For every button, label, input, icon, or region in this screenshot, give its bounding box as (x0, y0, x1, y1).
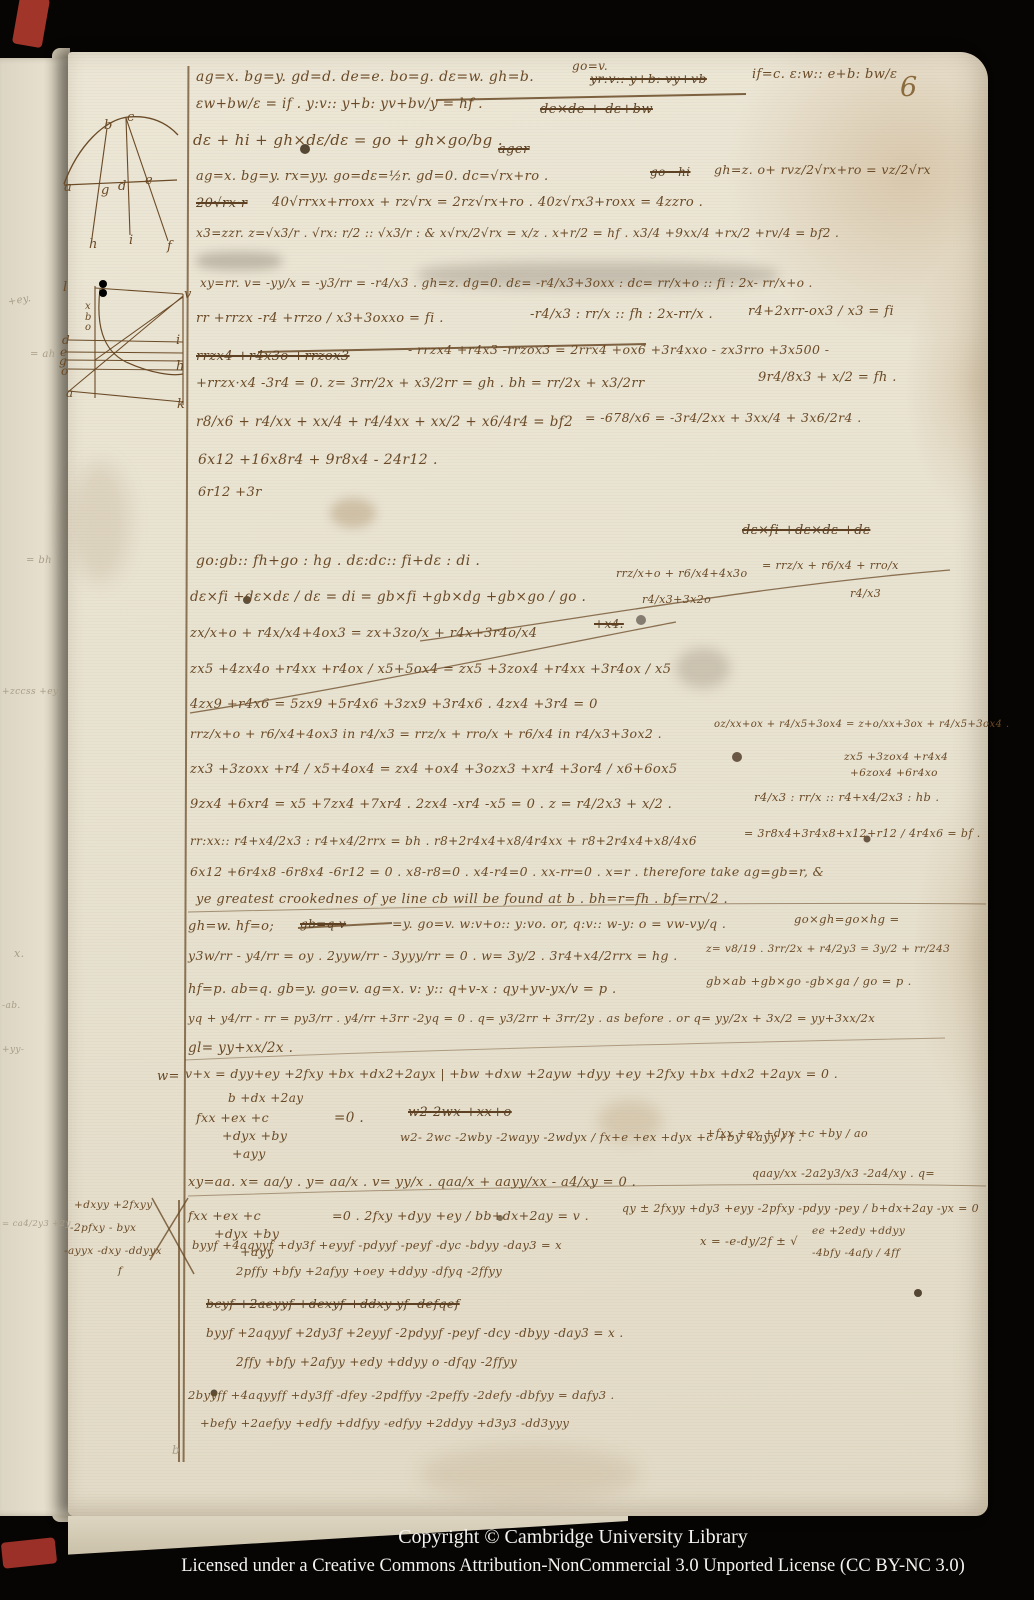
manuscript-line: -r4/x3 : rr/x :: fh : 2x-rr/x . (530, 308, 713, 321)
manuscript-line: 6x12 +16x8r4 + 9r8x4 - 24r12 . (198, 453, 438, 467)
manuscript-line: fxx +ex +c (196, 1112, 269, 1125)
manuscript-line: o (85, 323, 91, 333)
manuscript-line: i (176, 334, 180, 347)
manuscript-line: y3w/rr - y4/rr = oy . 2yyw/rr - 3yyy/rr … (188, 950, 678, 963)
manuscript-line: if=c. ε:w:: e+b: bw/ε (752, 68, 897, 81)
manuscript-line: =0 . (334, 1112, 364, 1126)
manuscript-line: xy=aa. x= aa/y . y= aa/x . v= yy/x . qaa… (188, 1176, 636, 1189)
manuscript-line: x. (14, 948, 25, 959)
manuscript-line: b (104, 119, 112, 132)
manuscript-line: -4bfy -4afy / 4ff (812, 1248, 900, 1259)
manuscript-line: go—hi (650, 166, 690, 178)
manuscript-line: yq + y4/rr - rr = py3/rr . y4/rr +3rr -2… (188, 1013, 875, 1025)
manuscript-line: dε + hi + gh×dε/dε = go + gh×go/bg . (193, 133, 503, 148)
manuscript-line: 9zx4 +6xr4 = x5 +7zx4 +7xr4 . 2zx4 -xr4 … (190, 798, 672, 811)
manuscript-line: go:gb:: fh+go : hg . dε:dc:: fi+dε : di … (196, 554, 480, 568)
manuscript-line: dε×fi +dε×dε / dε = di = gb×fi +gb×dg +g… (190, 591, 586, 605)
manuscript-line: de×de + dε+bw (540, 103, 653, 116)
manuscript-line: oz/xx+ox + r4/x5+3ox4 = z+o/xx+3ox + r4/… (714, 720, 1009, 730)
manuscript-line: =y. go=v. w:v+o:: y:vo. or, q:v:: w-y: o… (392, 918, 726, 931)
manuscript-line: -ab. (2, 1002, 21, 1011)
manuscript-line: h (89, 238, 97, 251)
manuscript-line: rr:xx:: r4+x4/2x3 : r4+x4/2rrx = bh . r8… (190, 835, 697, 847)
manuscript-line: gb×ab +gb×go -gb×ga / go = p . (706, 976, 912, 988)
copyright-caption: Copyright © Cambridge University Library (120, 1526, 1026, 1549)
manuscript-line: +fxx +ex +dyx +c +by / ao (706, 1128, 868, 1139)
license-caption: Licensed under a Creative Commons Attrib… (120, 1556, 1026, 1577)
manuscript-line: rrz/x+o + r6/x4+4x3o (616, 568, 747, 579)
manuscript-line: ag=x. bg=y. gd=d. de=e. bo=g. dε=w. gh=b… (196, 70, 534, 84)
manuscript-line: ye greatest crookednes of ye line cb wil… (196, 893, 728, 906)
manuscript-line: 40√rrxx+rroxx + rz√rx = 2rz√rx+ro . 40z√… (272, 196, 703, 209)
manuscript-line: a (66, 387, 73, 399)
manuscript-line: ee +2edy +ddyy (812, 1226, 905, 1237)
manuscript-line: εw+bw/ε = if . y:v:: y+b: yv+bv/y = hf . (196, 98, 483, 112)
manuscript-line: ager (498, 143, 530, 156)
manuscript-line: k (177, 398, 185, 411)
manuscript-line: r4/x3 : rr/x :: r4+x4/2x3 : hb . (754, 792, 939, 804)
manuscript-line: = bh (26, 556, 52, 566)
manuscript-line: qy ± 2fxyy +dy3 +eyy -2pfxy -pdyy -pey /… (622, 1203, 979, 1214)
manuscript-line: = rrz/x + r6/x4 + rro/x (762, 560, 899, 571)
manuscript-line: rrzx4 +r4x3o +rrzox3 (196, 350, 350, 363)
manuscript-line: dε×fi +dε×dε +dε (742, 524, 870, 537)
manuscript-line: z= v8/19 . 3rr/2x + r4/2y3 = 3y/2 + rr/2… (706, 944, 950, 955)
manuscript-line: fxx +ex +c (188, 1210, 261, 1223)
manuscript-line: o (61, 365, 68, 377)
manuscript-line: i (129, 234, 133, 247)
manuscript-line: zx5 +4zx4o +r4xx +r4ox / x5+5ox4 = zx5 +… (190, 663, 671, 676)
manuscript-line: gh=w. hf=o; (188, 920, 274, 933)
manuscript-line: c (127, 111, 134, 124)
manuscript-line: v (184, 288, 191, 301)
manuscript-line: a (64, 181, 72, 194)
manuscript-line: byyf +4aqyyf +dy3f +eyyf -pdyyf -peyf -d… (192, 1240, 562, 1252)
manuscript-line: r8/x6 + r4/xx + xx/4 + r4/4xx + xx/2 + x… (196, 416, 573, 430)
manuscript-line: e (145, 174, 153, 187)
manuscript-line: =0 . 2fxy +dyy +ey / bb+dx+2ay = v . (332, 1210, 589, 1223)
manuscript-line: zx/x+o + r4x/x4+4ox3 = zx+3zo/x + r4x+3r… (190, 627, 537, 640)
manuscript-line: = -678/x6 = -3r4/2xx + 3xx/4 + 3x6/2r4 . (585, 412, 862, 425)
manuscript-line: x = -e-dy/2f ± √ (700, 1236, 798, 1248)
manuscript-line: g (101, 184, 109, 197)
manuscript-line: r4/x3+3x2o (642, 594, 711, 605)
manuscript-line: r4+2xrr-ox3 / x3 = fi (748, 305, 894, 318)
manuscript-line: = ah (30, 350, 56, 360)
manuscript-line: zx3 +3zoxx +r4 / x5+4ox4 = zx4 +ox4 +3oz… (190, 763, 678, 776)
manuscript-line: f (118, 1266, 122, 1277)
manuscript-line: hf=p. ab=q. gb=y. go=v. ag=x. v: y:: q+v… (188, 983, 617, 996)
manuscript-line: - rrzx4 +r4x3 -rrzox3 = 2rrx4 +ox6 +3r4x… (408, 344, 829, 357)
manuscript-line: +rrzx·x4 -3r4 = 0. z= 3rr/2x + x3/2rr = … (196, 377, 645, 390)
manuscript-line: byyf +2aqyyf +2dy3f +2eyyf -2pdyyf -peyf… (206, 1327, 624, 1339)
manuscript-line: v+x = dyy+ey +2fxy +bx +dx2+2ayx | +bw +… (185, 1068, 838, 1081)
manuscript-line: +dyx +by (222, 1130, 287, 1143)
manuscript-line: +ayy (232, 1148, 266, 1161)
manuscript-line: gb=q·v (300, 918, 346, 930)
manuscript-line: 9r4/8x3 + x/2 = fh . (758, 371, 897, 384)
manuscript-line: w2-2wx +xx+o (408, 1106, 512, 1119)
photo-canvas: 6 ag=x. bg=y. gd=d. de=e. bo=g. dε=w. gh… (0, 0, 1034, 1600)
manuscript-line: d (118, 180, 126, 193)
manuscript-line: = 3r8x4+3r4x8+x12+r12 / 4r4x6 = bf . (744, 828, 981, 839)
manuscript-line: +dxyy +2fxyy (74, 1200, 153, 1211)
manuscript-line: h (176, 360, 184, 373)
manuscript-line: gh=z. o+ rvz/2√rx+ro = vz/2√rx (714, 164, 931, 177)
manuscript-line: x (85, 302, 91, 312)
manuscript-line: 2pffy +bfy +2afyy +oey +ddyy -dfyq -2ffy… (236, 1266, 502, 1278)
manuscript-line: rrz/x+o + r6/x4+4ox3 in r4/x3 = rrz/x + … (190, 728, 662, 741)
manuscript-line: 20√rx·r (196, 197, 248, 210)
manuscript-line: f (167, 240, 172, 253)
handwriting-layer: ag=x. bg=y. gd=d. de=e. bo=g. dε=w. gh=b… (0, 0, 1034, 1600)
manuscript-line: w= (157, 1070, 180, 1083)
manuscript-line: 6r12 +3r (198, 486, 262, 499)
manuscript-line: +yy- (2, 1046, 24, 1055)
manuscript-line: go×gh=go×hg = (794, 914, 900, 926)
manuscript-line: bcyf +2aeyyf +dexyf +ddxy yf- defqef (206, 1298, 460, 1311)
manuscript-line: l (63, 281, 67, 294)
manuscript-line: x3=zzr. z=√x3/r . √rx: r/2 :: √x3/r : & … (196, 227, 839, 239)
manuscript-line: zx5 +3zox4 +r4x4 (844, 752, 948, 763)
manuscript-line: +6zox4 +6r4xo (850, 768, 938, 779)
manuscript-line: -ayyx -dxy -ddyyx (64, 1246, 162, 1257)
manuscript-line: = ca4/2y3 +2y (2, 1220, 71, 1229)
manuscript-line: 2byyff +4aqyyff +dy3ff -dfey -2pdffyy -2… (188, 1390, 615, 1402)
manuscript-line: b (172, 1444, 180, 1456)
manuscript-line: 6x12 +6r4x8 -6r8x4 -6r12 = 0 . x8-r8=0 .… (190, 866, 824, 879)
manuscript-line: ag=x. bg=y. rx=yy. go=dε=½r. gd=0. dc=√r… (196, 170, 549, 183)
manuscript-line: rr +rrzx -r4 +rrzo / x3+3oxxo = fi . (196, 312, 444, 325)
manuscript-line: +ey. (7, 294, 32, 308)
manuscript-line: +x4. (594, 618, 624, 630)
manuscript-line: -2pfxy - byx (70, 1223, 136, 1234)
manuscript-line: xy=rr. v= -yy/x = -y3/rr = -r4/x3 . gh=z… (200, 277, 813, 289)
manuscript-line: +zccss +ey (2, 688, 58, 697)
manuscript-line: qaay/xx -2a2y3/x3 -2a4/xy . q= (752, 1168, 935, 1179)
manuscript-line: +befy +2aefyy +edfy +ddfyy -edfyy +2ddyy… (200, 1418, 569, 1430)
manuscript-line: 2ffy +bfy +2afyy +edy +ddyy o -dfqy -2ff… (236, 1356, 517, 1368)
manuscript-line: r4/x3 (850, 588, 881, 599)
manuscript-line: b +dx +2ay (228, 1092, 303, 1104)
manuscript-line: 4zx9 +r4x6 = 5zx9 +5r4x6 +3zx9 +3r4x6 . … (190, 698, 598, 711)
manuscript-line: gl= yy+xx/2x . (188, 1042, 293, 1056)
manuscript-line: yr:v:: y+b: vy+vb (590, 73, 707, 86)
